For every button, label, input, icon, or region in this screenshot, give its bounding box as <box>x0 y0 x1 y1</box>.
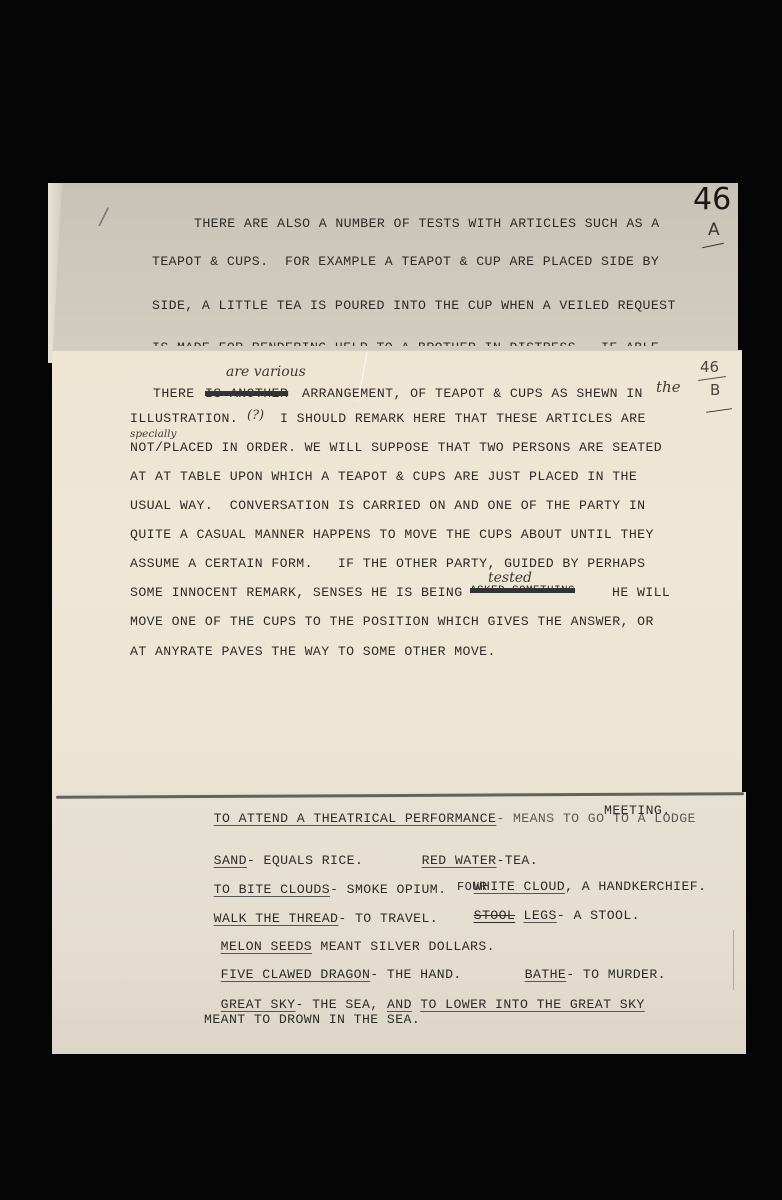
insert-four: FOUR <box>457 880 487 894</box>
text-line-b9: MOVE ONE OF THE CUPS TO THE POSITION WHI… <box>130 614 654 629</box>
text-line-b8-start: SOME INNOCENT REMARK, SENSES HE IS BEING <box>130 585 463 600</box>
text-line-a2: TEAPOT & CUPS. FOR EXAMPLE A TEAPOT & CU… <box>152 254 659 269</box>
folded-corner <box>48 183 62 363</box>
page-number-46b: 46 <box>700 358 719 376</box>
meaning-legs: - A STOOL. <box>557 908 640 923</box>
page-sub-b: B <box>710 381 720 399</box>
term-bathe: BATHE <box>525 967 567 982</box>
struck-is-another: IS ANOTHER <box>205 386 288 401</box>
text-line-b8-end: HE WILL <box>612 585 670 600</box>
text-line-b5: USUAL WAY. CONVERSATION IS CARRIED ON AN… <box>130 498 645 513</box>
text-line-b7: ASSUME A CERTAIN FORM. IF THE OTHER PART… <box>130 556 645 571</box>
continuation-meeting: MEETING. <box>604 803 671 818</box>
annotation-specially: specially <box>130 428 176 440</box>
meaning-bathe: - TO MURDER. <box>566 967 666 982</box>
term-bite-clouds: TO BITE CLOUDS <box>214 882 330 897</box>
text-line-b6: QUITE A CASUAL MANNER HAPPENS TO MOVE TH… <box>130 527 654 542</box>
term-lower-into-sky: TO LOWER INTO THE GREAT SKY <box>420 997 644 1012</box>
text-line-b4: AT AT TABLE UPON WHICH A TEAPOT & CUPS A… <box>130 469 637 484</box>
text-line-a3: SIDE, A LITTLE TEA IS POURED INTO THE CU… <box>152 298 676 313</box>
text-line-b3: NOT/PLACED IN ORDER. WE WILL SUPPOSE THA… <box>130 440 662 455</box>
meaning-white-cloud: , A HANDKERCHIEF. <box>565 879 706 894</box>
page-number-46: 46 <box>693 182 731 217</box>
term-and: AND <box>387 997 412 1012</box>
paper-edge-mark <box>733 930 734 990</box>
meaning-five-clawed-dragon: - THE HAND. <box>370 967 461 982</box>
annotation-tested: tested <box>488 570 532 586</box>
term-great-sky: GREAT SKY <box>221 997 296 1012</box>
annotation-question: (?) <box>247 408 264 423</box>
struck-asked-something: ASKED SOMETHING <box>470 585 575 597</box>
struck-stool: STOOL <box>474 908 516 923</box>
term-sand: SAND <box>214 853 247 868</box>
meaning-sand: - EQUALS RICE. <box>247 853 363 868</box>
page-46a <box>48 183 738 363</box>
text-line-a1: THERE ARE ALSO A NUMBER OF TESTS WITH AR… <box>194 216 660 231</box>
annotation-the: the <box>656 378 681 396</box>
text-line-b2-start: ILLUSTRATION. <box>130 411 238 426</box>
meaning-bite-clouds: - SMOKE OPIUM. <box>330 882 446 897</box>
annotation-are-various: are various <box>226 364 306 380</box>
text-line-b1-end: ARRANGEMENT, OF TEAPOT & CUPS AS SHEWN I… <box>302 386 643 401</box>
corner-mark: / <box>100 205 107 230</box>
text-line-b10: AT ANYRATE PAVES THE WAY TO SOME OTHER M… <box>130 644 496 659</box>
term-theatrical: TO ATTEND A THEATRICAL PERFORMANCE <box>214 811 497 826</box>
term-legs: LEGS <box>524 908 557 923</box>
page-sub-a: A <box>708 220 720 240</box>
continuation-drown: MEANT TO DROWN IN THE SEA. <box>204 1012 420 1027</box>
text-line-b2-end: I SHOULD REMARK HERE THAT THESE ARTICLES… <box>280 411 646 426</box>
term-five-clawed-dragon: FIVE CLAWED DRAGON <box>221 967 371 982</box>
meaning-great-sky: - THE SEA, <box>295 997 378 1012</box>
text-line-b1-start: THERE <box>153 386 195 401</box>
